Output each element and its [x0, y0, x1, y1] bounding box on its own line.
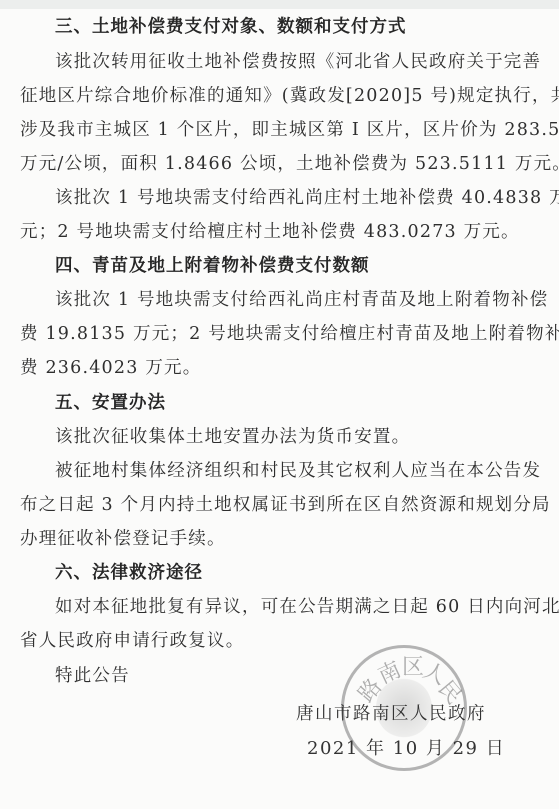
paragraph-line: 布之日起 3 个月内持土地权属证书到所在区自然资源和规划分局 [20, 494, 539, 516]
paragraph-line: 该批次 1 号地块需支付给西礼尚庄村青苗及地上附着物补偿 [55, 289, 539, 311]
paragraph-line: 该批次征收集体土地安置办法为货币安置。 [55, 426, 559, 448]
section-heading-3: 三、土地补偿费支付对象、数额和支付方式 [55, 16, 559, 38]
paragraph-line: 办理征收补偿登记手续。 [20, 528, 540, 550]
paragraph-line: 涉及我市主城区 1 个区片，即主城区第 I 区片，区片价为 283.5 [20, 119, 539, 141]
paragraph-line: 省人民政府申请行政复议。 [20, 630, 540, 652]
paragraph-line: 万元/公顷，面积 1.8466 公顷，土地补偿费为 523.5111 万元。 [20, 153, 540, 175]
paragraph-line: 被征地村集体经济组织和村民及其它权利人应当在本公告发 [55, 460, 539, 482]
section-heading-5: 五、安置办法 [55, 392, 559, 414]
paragraph-line: 该批次 1 号地块需支付给西礼尚庄村土地补偿费 40.4838 万 [55, 187, 539, 209]
paragraph-line: 元；2 号地块需支付给檀庄村土地补偿费 483.0273 万元。 [20, 221, 540, 243]
closing-text: 特此公告 [55, 665, 559, 687]
paragraph-line: 该批次转用征收土地补偿费按照《河北省人民政府关于完善 [55, 51, 539, 73]
section-heading-6: 六、法律救济途径 [55, 562, 559, 584]
top-margin-band [0, 0, 559, 9]
paragraph-line: 费 19.8135 万元；2 号地块需支付给檀庄村青苗及地上附着物补偿 [20, 323, 539, 345]
issue-date: 2021 年 10 月 29 日 [307, 738, 505, 760]
issuer-name: 唐山市路南区人民政府 [296, 703, 486, 725]
section-heading-4: 四、青苗及地上附着物补偿费支付数额 [55, 255, 559, 277]
paragraph-line: 征地区片综合地价标准的通知》(冀政发[2020]5 号)规定执行，共 [20, 85, 539, 107]
paragraph-line: 费 236.4023 万元。 [20, 357, 540, 379]
paragraph-line: 如对本征地批复有异议，可在公告期满之日起 60 日内向河北 [55, 596, 539, 618]
